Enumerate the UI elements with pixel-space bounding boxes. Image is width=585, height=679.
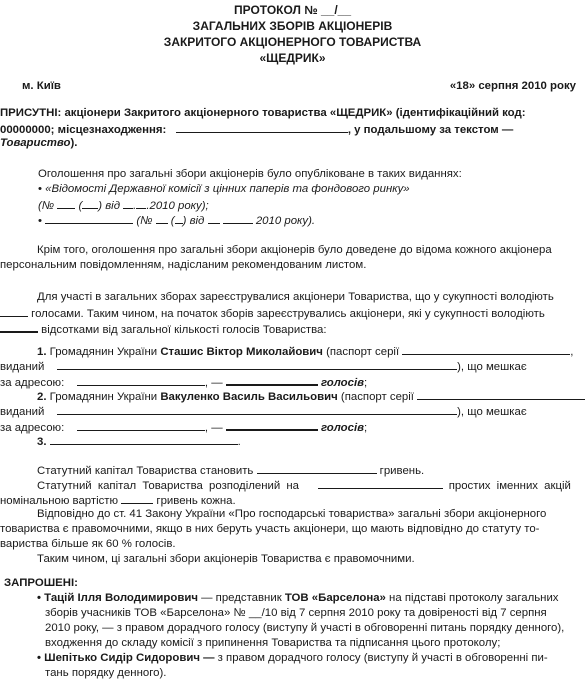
invited-1-line-3: 2010 року, — з правом дорадчого голосу (… bbox=[45, 621, 585, 636]
publication-name-field[interactable] bbox=[45, 212, 133, 224]
invited-2-line-1: • Шепітько Сидір Сидорович — з правом до… bbox=[37, 651, 585, 666]
shareholder-3-field[interactable] bbox=[50, 433, 238, 445]
percent-field[interactable] bbox=[0, 320, 38, 333]
capital-amount-field[interactable] bbox=[257, 462, 377, 474]
announcement-intro: Оголошення про загальні збори акціонерів… bbox=[38, 167, 585, 182]
title-line-3: ЗАКРИТОГО АКЦІОНЕРНОГО ТОВАРИСТВА bbox=[0, 34, 585, 50]
invited-label: ЗАПРОШЕНІ: bbox=[4, 576, 585, 591]
shareholder-1-issued-field[interactable] bbox=[57, 358, 457, 370]
quorum-line-3: вариства більше як 60 % голосів. bbox=[0, 537, 585, 552]
title-line-2: ЗАГАЛЬНИХ ЗБОРІВ АКЦІОНЕРІВ bbox=[0, 18, 585, 34]
day-field[interactable] bbox=[123, 197, 133, 209]
shareholder-2-passport-field[interactable] bbox=[417, 388, 585, 400]
shareholder-2-votes-field[interactable] bbox=[226, 418, 318, 431]
pub2-month-field[interactable] bbox=[223, 212, 253, 224]
quorum-line-2: товариства є правомочними, якщо в них бе… bbox=[0, 522, 585, 537]
pub2-number-field[interactable] bbox=[156, 212, 168, 224]
invited-1-line-2: зборів учасників ТОВ «Барселона» № __/10… bbox=[45, 606, 585, 621]
votes-count-field[interactable] bbox=[0, 305, 28, 317]
document-date: «18» серпня 2010 року bbox=[450, 79, 576, 94]
registration-line-3: відсотками від загальної кількості голос… bbox=[0, 320, 585, 338]
quorum-line-1: Відповідно до ст. 41 Закону України «Про… bbox=[37, 507, 585, 522]
registration-line-1: Для участі в загальних зборах зареєструв… bbox=[37, 290, 585, 305]
shareholder-1-address-field[interactable] bbox=[77, 374, 205, 386]
shareholder-2-issued-field[interactable] bbox=[57, 403, 457, 415]
quorum-conclusion: Таким чином, ці загальні збори акціонері… bbox=[37, 552, 585, 567]
shareholder-3-line: 3. . bbox=[37, 433, 585, 450]
issue-subnumber-field[interactable] bbox=[82, 197, 98, 209]
invited-2-line-2: тань порядку денного). bbox=[45, 666, 585, 679]
nominal-value-field[interactable] bbox=[121, 492, 153, 504]
invited-1-line-1: • Тацій Ілля Володимирович — представник… bbox=[37, 591, 585, 606]
title-line-1: ПРОТОКОЛ № __/__ bbox=[0, 2, 585, 18]
shares-count-field[interactable] bbox=[318, 477, 443, 489]
notification-line-2: персональним повідомленням, надісланим р… bbox=[0, 258, 585, 273]
pub2-day-field[interactable] bbox=[208, 212, 220, 224]
present-line-1: ПРИСУТНІ: акціонери Закритого акціонерно… bbox=[0, 106, 585, 121]
document-title: ПРОТОКОЛ № __/__ ЗАГАЛЬНИХ ЗБОРІВ АКЦІОН… bbox=[0, 2, 585, 66]
present-line-3: Товариство). bbox=[0, 136, 585, 151]
city: м. Київ bbox=[22, 79, 61, 94]
notification-line-1: Крім того, оголошення про загальні збори… bbox=[37, 243, 585, 258]
announcement-bullet-2: • (№ () від 2010 року). bbox=[38, 212, 585, 229]
invited-1-line-4: входження до складу комісії з припинення… bbox=[45, 636, 585, 651]
shareholder-1-votes-field[interactable] bbox=[226, 373, 318, 386]
announcement-bullet-1: • «Відомості Державної комісії з цінних … bbox=[38, 182, 585, 197]
issue-number-field[interactable] bbox=[57, 197, 75, 209]
shareholder-1-passport-field[interactable] bbox=[402, 343, 570, 355]
location-field[interactable] bbox=[176, 121, 348, 133]
title-line-4: «ЩЕДРИК» bbox=[0, 50, 585, 66]
month-field[interactable] bbox=[136, 197, 146, 209]
shareholder-2-address-field[interactable] bbox=[77, 419, 205, 431]
pub2-subnumber-field[interactable] bbox=[175, 212, 183, 224]
